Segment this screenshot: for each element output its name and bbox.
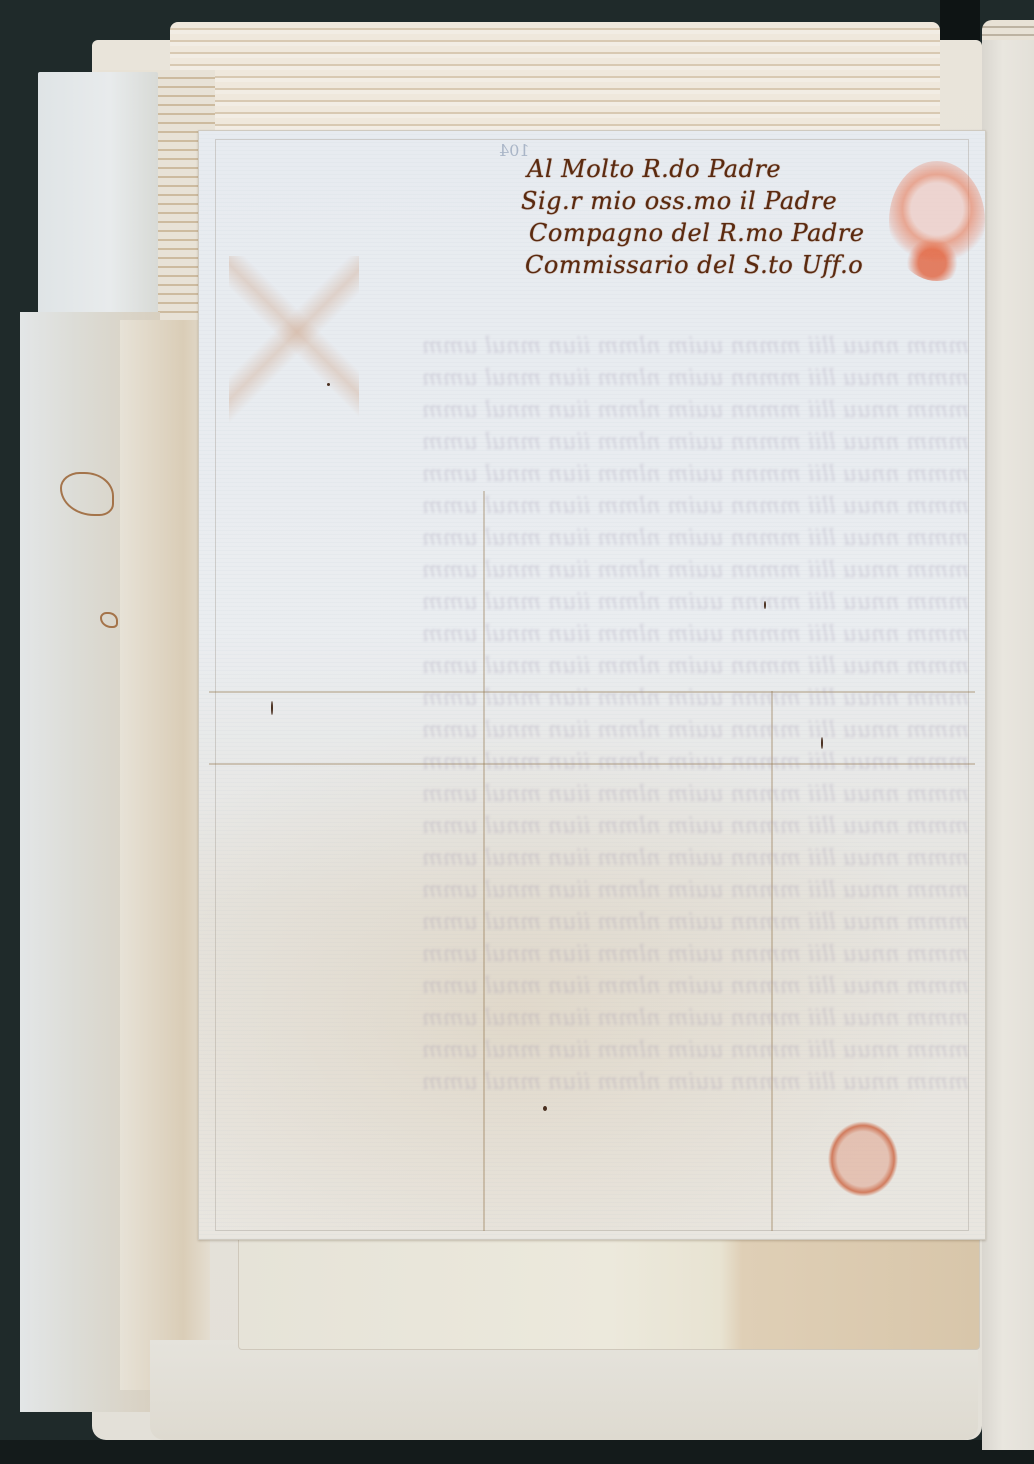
address-line-4: Commissario del S.to Uff.o [525, 249, 817, 281]
bleed-through-text: mmm nnuu llii mmnn uuim nlmm iiun mnul u… [229, 331, 969, 1111]
address-block: Al Molto R.do Padre Sig.r mio oss.mo il … [517, 153, 817, 281]
stacked-page-edges-top [170, 22, 940, 132]
address-line-2: Sig.r mio oss.mo il Padre [521, 185, 817, 217]
brown-edge-mark [60, 472, 114, 516]
address-line-3: Compagno del R.mo Padre [529, 217, 817, 249]
address-line-1: Al Molto R.do Padre [527, 153, 817, 185]
opposite-leaf [982, 40, 1034, 1450]
tan-sheet-left [120, 320, 210, 1390]
background-bottom [0, 1440, 1034, 1464]
lower-sheet [150, 1340, 978, 1440]
brown-edge-mark [100, 612, 118, 628]
wax-seal-top [889, 161, 985, 281]
letter-sheet: mmm nnuu llii mmnn uuim nlmm iiun mnul u… [198, 130, 986, 1240]
underlying-sheet [238, 1232, 980, 1350]
